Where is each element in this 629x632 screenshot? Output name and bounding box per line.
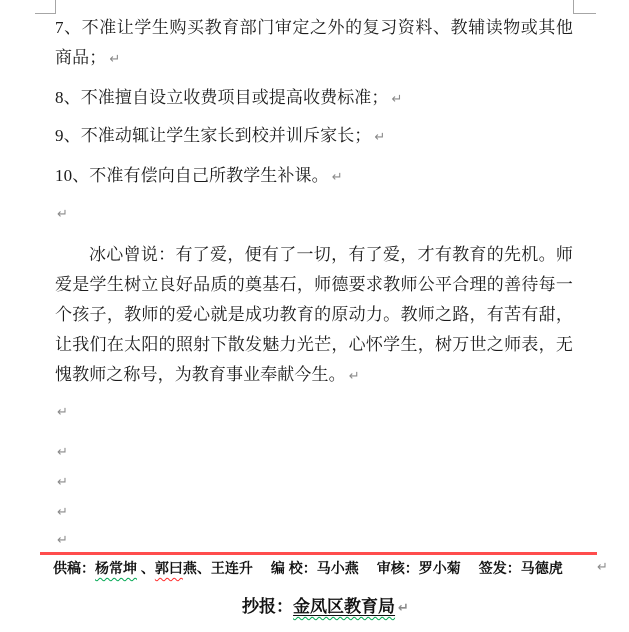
return-mark-icon: ↵ (57, 207, 68, 222)
copy-report-label: 抄报： (242, 597, 293, 616)
separator: 、 (137, 560, 155, 576)
issuer-name: 马德虎 (521, 560, 563, 576)
rule-item-9: 9、不准动辄让学生家长到校并训斥家长；↵ (55, 121, 573, 153)
rule-item-10-text: 10、不准有偿向自己所教学生补课。 (55, 166, 329, 185)
margin-crop-mark-right-icon (573, 0, 596, 14)
supply-label: 供稿： (53, 560, 95, 576)
empty-paragraph-mark: ↵ (57, 437, 97, 468)
return-mark-icon: ↵ (109, 52, 120, 67)
return-mark-icon: ↵ (374, 130, 385, 145)
return-mark-icon: ↵ (57, 475, 68, 490)
rule-item-7: 7、不准让学生购买教育部门审定之外的复习资料、教辅读物或其他商品；↵ (55, 13, 573, 75)
rule-item-8-text: 8、不准擅自设立收费项目或提高收费标准； (55, 88, 389, 107)
supplier-name-2-rest: 燕 (183, 560, 197, 576)
copy-report-value-underline: 金凤区教育局 (293, 597, 395, 616)
closing-paragraph-text: 冰心曾说：有了爱，便有了一切，有了爱，才有教育的先机。师爱是学生树立良好品质的奠… (55, 245, 573, 384)
copy-report-line: 抄报：金凤区教育局↵ (0, 594, 629, 622)
document-page[interactable]: { "page": { "pilcrow": "↵", "rules": [ "… (0, 0, 629, 632)
issue-label: 签发： (479, 560, 521, 576)
review-label: 审核： (377, 560, 419, 576)
supplier-name-3: 王连升 (211, 560, 253, 576)
return-mark-icon: ↵ (398, 601, 409, 616)
supplier-name-1: 杨常坤 (95, 560, 137, 576)
return-mark-icon: ↵ (349, 369, 360, 384)
empty-paragraph-mark: ↵ (57, 467, 97, 498)
return-mark-icon: ↵ (57, 505, 68, 520)
empty-paragraph-mark: ↵ (57, 397, 97, 428)
reviewer-name: 罗小菊 (419, 560, 461, 576)
return-mark-icon: ↵ (57, 533, 68, 548)
rule-item-7-text: 7、不准让学生购买教育部门审定之外的复习资料、教辅读物或其他商品； (55, 18, 573, 67)
rule-item-8: 8、不准擅自设立收费项目或提高收费标准；↵ (55, 83, 573, 115)
copy-report-value: 金凤区教育局 (293, 597, 395, 616)
footer-credits: 供稿：杨常坤 、郭曰燕、王连升编 校：马小燕审核：罗小菊签发：马德虎 (53, 558, 613, 578)
rule-item-9-text: 9、不准动辄让学生家长到校并训斥家长； (55, 126, 371, 145)
return-mark-icon: ↵ (332, 170, 343, 185)
rule-item-10: 10、不准有偿向自己所教学生补课。↵ (55, 161, 573, 193)
closing-paragraph: 冰心曾说：有了爱，便有了一切，有了爱，才有教育的先机。师爱是学生树立良好品质的奠… (55, 240, 573, 392)
editor-name: 马小燕 (317, 560, 359, 576)
return-mark-icon: ↵ (57, 405, 68, 420)
footer-divider-line (40, 552, 597, 555)
empty-paragraph-mark: ↵ (57, 497, 97, 528)
return-mark-icon: ↵ (57, 445, 68, 460)
empty-paragraph-mark: ↵ (57, 199, 97, 230)
return-mark-icon: ↵ (392, 92, 403, 107)
margin-crop-mark-left-icon (35, 0, 56, 14)
separator: 、 (197, 560, 211, 576)
edit-label: 编 校： (271, 560, 317, 576)
supplier-name-2-marked: 郭曰 (155, 560, 183, 576)
return-mark-icon: ↵ (597, 560, 608, 575)
